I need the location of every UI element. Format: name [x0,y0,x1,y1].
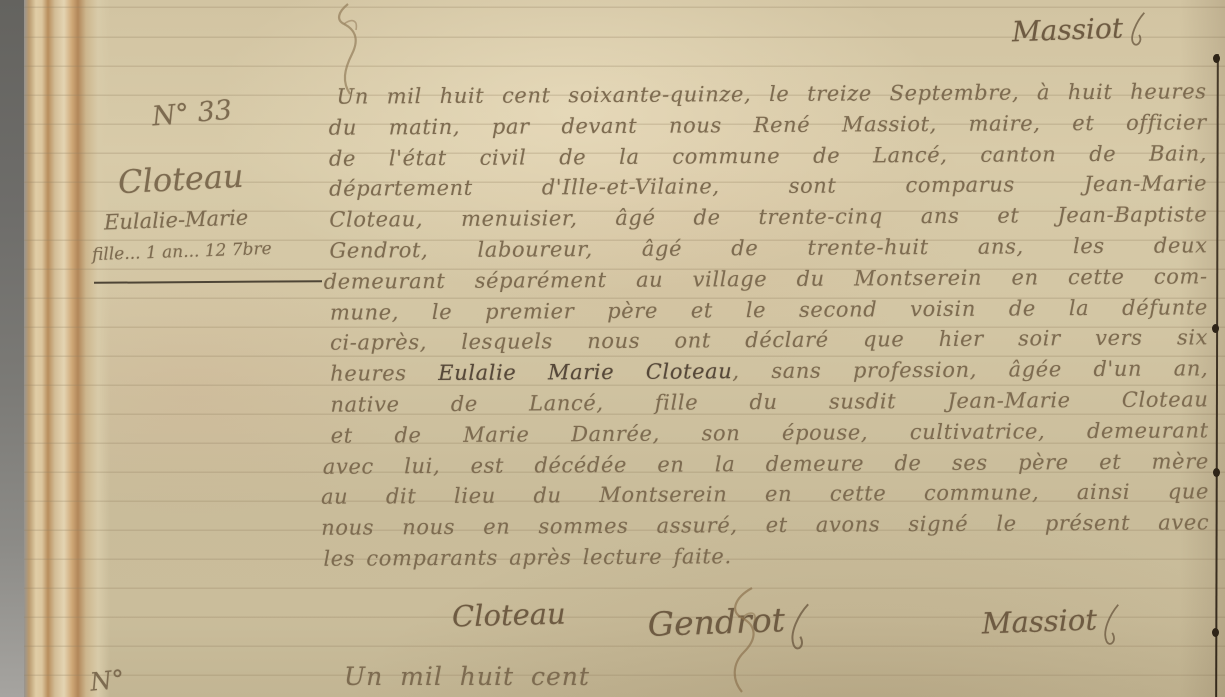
margin-given-names: Eulalie-Marie [104,205,249,234]
next-act-first-line: Un mil huit cent [344,662,590,691]
act-line-part: , sans profession, âgée d'un an, [732,356,1208,383]
binding-knot [1212,324,1219,333]
binding-knot [1212,628,1219,637]
paraph-stroke-icon [784,602,816,655]
act-line-part: heures [330,361,438,386]
paraph-stroke-icon [1096,603,1124,650]
signature-massiot-label: Massiot [981,602,1097,640]
register-scan: Massiot N° 33 Cloteau Eulalie-Marie fill… [0,0,1225,697]
signature-massiot-top: Massiot [1011,11,1149,56]
inserted-name: Eulalie Marie Cloteau [438,359,732,385]
margin-next-act-number: N° [89,664,126,696]
signature-cloteau: Cloteau [452,597,567,634]
margin-surname: Cloteau [117,157,244,202]
paraph-flourish-icon [722,586,770,694]
signature-massiot-top-label: Massiot [1011,12,1123,49]
act-body: Un mil huit cent soixante-quinze, le tre… [329,79,1210,577]
binding-knot [1213,54,1220,63]
paraph-stroke-icon [1122,11,1149,52]
binding-knot [1213,468,1220,477]
act-line: les comparants après lecture faite. [323,541,1209,577]
signature-massiot: Massiot [981,602,1124,654]
